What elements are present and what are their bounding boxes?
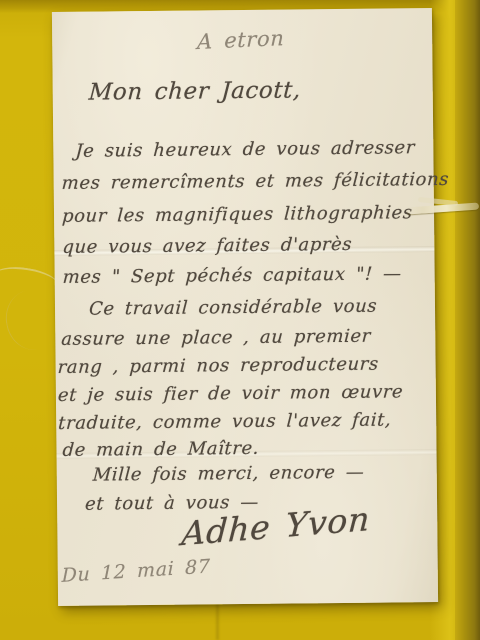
letter-closing-line: Mille fois merci, encore — (92, 464, 365, 485)
letter-sheet: A etron Mon cher Jacott, Je suis heureux… (52, 8, 438, 606)
letter-line: de main de Maître. (62, 440, 260, 460)
letter-line: rang , parmi nos reproducteurs (57, 356, 379, 377)
letter-line: mes " Sept péchés capitaux "! — (62, 265, 402, 287)
letter-line: traduite, comme vous l'avez fait, (58, 411, 392, 433)
letter-photograph: A etron Mon cher Jacott, Je suis heureux… (0, 0, 480, 640)
letter-line: pour les magnifiques lithographies (62, 204, 414, 226)
letter-salutation: Mon cher Jacott, (88, 79, 302, 104)
letter-line: assure une place , au premier (61, 328, 372, 349)
pencil-date-note: Du 12 mai 87 (62, 557, 211, 585)
letter-line: que vous avez faites d'après (62, 236, 353, 257)
pencil-attribution-note: A etron (197, 28, 285, 53)
letter-line: mes remercîments et mes félicitations (61, 171, 449, 193)
letter-line: Ce travail considérable vous (88, 298, 377, 319)
letter-line: Je suis heureux de vous adresser (75, 139, 416, 161)
backdrop-right-dark-strip (455, 0, 480, 640)
letter-line: et je suis fier de voir mon œuvre (57, 383, 403, 405)
